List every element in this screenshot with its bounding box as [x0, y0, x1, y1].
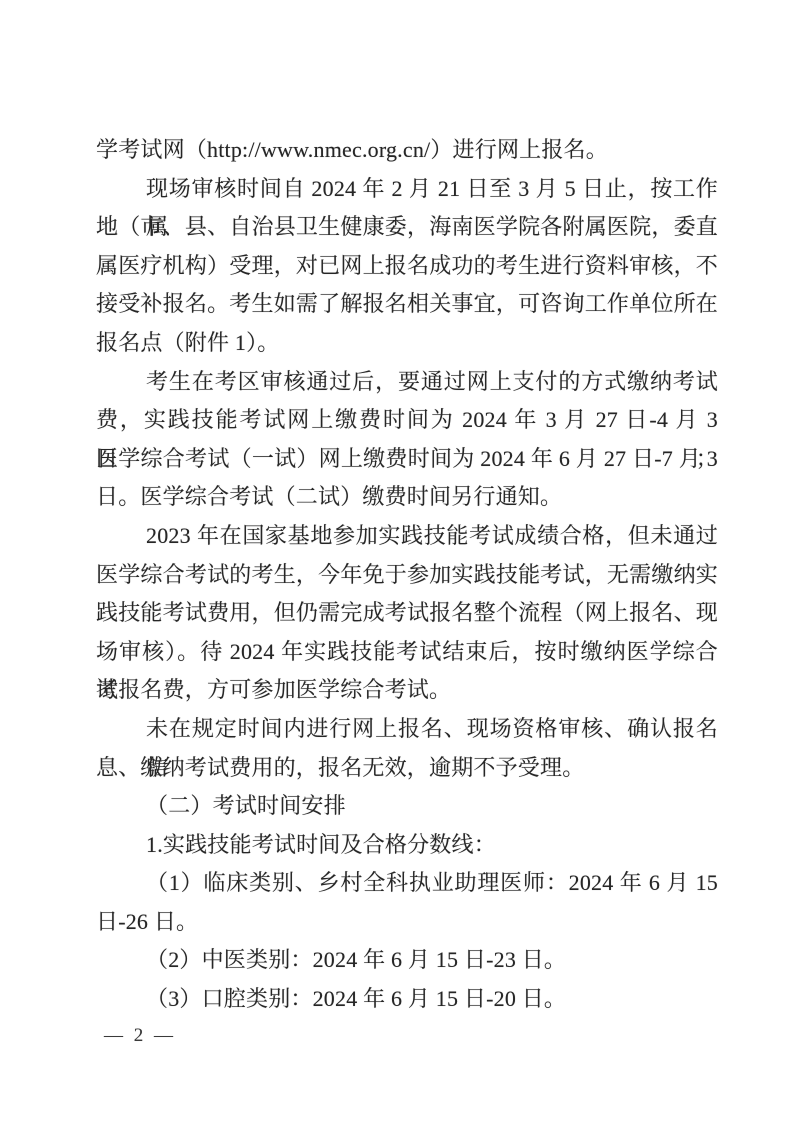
list-item-continuation: 日-26 日。 [96, 903, 718, 942]
page-number: — 2 — [104, 1022, 176, 1050]
section-heading-exam-schedule: （二）考试时间安排 [96, 787, 718, 826]
body-line: 报名点（附件 1）。 [96, 324, 718, 363]
body-line: 费，实践技能考试网上缴费时间为 2024 年 3 月 27 日-4 月 3 日； [96, 401, 718, 440]
body-line: 日。医学综合考试（二试）缴费时间另行通知。 [96, 478, 718, 517]
body-line: 考生在考区审核通过后，要通过网上支付的方式缴纳考试 [96, 363, 718, 402]
body-line: 医学综合考试（一试）网上缴费时间为 2024 年 6 月 27 日-7 月 3 [96, 440, 718, 479]
body-line: 医学综合考试的考生，今年免于参加实践技能考试，无需缴纳实 [96, 556, 718, 595]
body-line: 2023 年在国家基地参加实践技能考试成绩合格，但未通过 [96, 517, 718, 556]
list-item-dental: （3）口腔类别：2024 年 6 月 15 日-20 日。 [96, 980, 718, 1019]
document-page: 学考试网（http://www.nmec.org.cn/）进行网上报名。 现场审… [0, 0, 793, 1122]
body-line: 践技能考试费用，但仍需完成考试报名整个流程（网上报名、现 [96, 594, 718, 633]
body-line-url: 学考试网（http://www.nmec.org.cn/）进行网上报名。 [96, 131, 718, 170]
list-item-clinical: （1）临床类别、乡村全科执业助理医师：2024 年 6 月 15 [96, 864, 718, 903]
body-line: 息、缴纳考试费用的，报名无效，逾期不予受理。 [96, 749, 718, 788]
document-body: 学考试网（http://www.nmec.org.cn/）进行网上报名。 现场审… [96, 131, 718, 1019]
body-line: 现场审核时间自 2024 年 2 月 21 日至 3 月 5 日止，按工作属 [96, 170, 718, 209]
body-line: 接受补报名。考生如需了解报名相关事宜，可咨询工作单位所在 [96, 285, 718, 324]
body-line: 场审核）。待 2024 年实践技能考试结束后，按时缴纳医学综合考 [96, 633, 718, 672]
body-line: 地（市、县、自治县卫生健康委，海南医学院各附属医院，委直 [96, 208, 718, 247]
body-line: 未在规定时间内进行网上报名、现场资格审核、确认报名信 [96, 710, 718, 749]
list-item-tcm: （2）中医类别：2024 年 6 月 15 日-23 日。 [96, 941, 718, 980]
list-heading-skill-exam: 1.实践技能考试时间及合格分数线： [96, 826, 718, 865]
body-line: 属医疗机构）受理，对已网上报名成功的考生进行资料审核，不 [96, 247, 718, 286]
body-line: 试报名费，方可参加医学综合考试。 [96, 671, 718, 710]
